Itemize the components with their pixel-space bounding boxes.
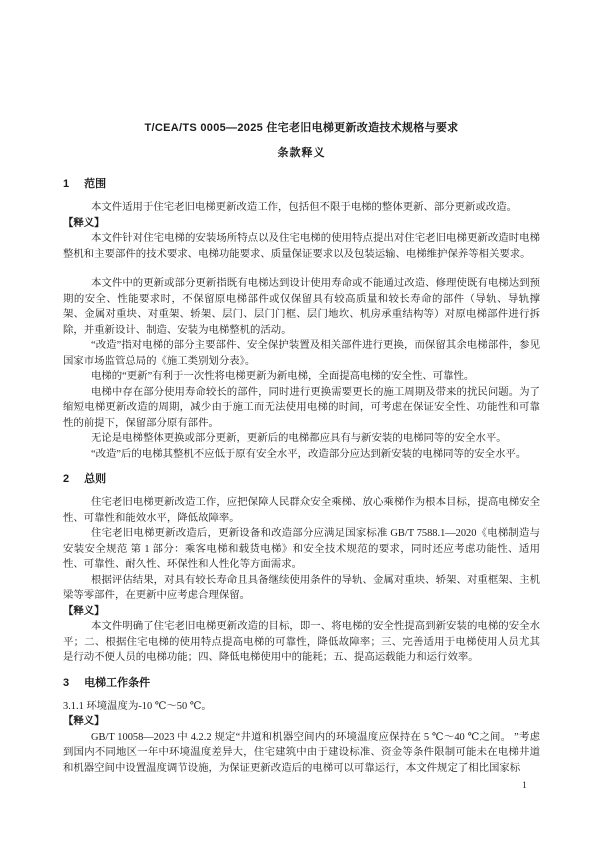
clause-text: 3.1.1 环境温度为-10 ℃～50 ℃。 bbox=[63, 699, 540, 715]
page-number: 1 bbox=[522, 780, 527, 792]
paragraph: 本文件明确了住宅老旧电梯更新改造的目标，即一、将电梯的安全性提高到新安装的电梯的… bbox=[63, 619, 540, 666]
explain-label: 【释义】 bbox=[63, 216, 540, 232]
section-title: 范围 bbox=[84, 178, 106, 190]
section-heading-scope: 1范围 bbox=[63, 177, 540, 191]
paragraph: 住宅老旧电梯更新改造后，更新设备和改造部分应满足国家标准 GB/T 7588.1… bbox=[63, 526, 540, 573]
doc-title: T/CEA/TS 0005—2025 住宅老旧电梯更新改造技术规格与要求 bbox=[63, 121, 540, 135]
section-heading-general: 2总则 bbox=[63, 472, 540, 486]
section-number: 3 bbox=[63, 676, 69, 690]
section-title: 总则 bbox=[84, 473, 106, 485]
paragraph: “改造”指对电梯的部分主要部件、安全保护装置及相关部件进行更换，而保留其余电梯部… bbox=[63, 338, 540, 369]
explain-label: 【释义】 bbox=[63, 714, 540, 730]
paragraph: 本文件中的更新或部分更新指既有电梯达到设计使用寿命或不能通过改造、修理使既有电梯… bbox=[63, 276, 540, 338]
paragraph: 本文件针对住宅电梯的安装场所特点以及住宅电梯的使用特点提出对住宅老旧电梯更新改造… bbox=[63, 231, 540, 262]
document-page: T/CEA/TS 0005—2025 住宅老旧电梯更新改造技术规格与要求 条款释… bbox=[0, 0, 600, 848]
section-general: 2总则 住宅老旧电梯更新改造工作，应把保障人民群众安全乘梯、放心乘梯作为根本目标… bbox=[63, 472, 540, 666]
paragraph: 本文件适用于住宅老旧电梯更新改造工作，包括但不限于电梯的整体更新、部分更新或改造… bbox=[63, 200, 540, 216]
section-scope: 1范围 本文件适用于住宅老旧电梯更新改造工作，包括但不限于电梯的整体更新、部分更… bbox=[63, 177, 540, 462]
paragraph: GB/T 10058—2023 中 4.2.2 规定“井道和机器空间内的环境温度… bbox=[63, 730, 540, 777]
paragraph: 住宅老旧电梯更新改造工作，应把保障人民群众安全乘梯、放心乘梯作为根本目标，提高电… bbox=[63, 495, 540, 526]
paragraph: 无论是电梯整体更换或部分更新，更新后的电梯都应具有与新安装的电梯同等的安全水平。 bbox=[63, 431, 540, 447]
paragraph: 根据评估结果，对具有较长寿命且具备继续使用条件的导轨、金属对重块、轿架、对重框架… bbox=[63, 573, 540, 604]
paragraph: 电梯中存在部分使用寿命较长的部件，同时进行更换需要更长的施工周期及带来的扰民问题… bbox=[63, 385, 540, 432]
section-number: 1 bbox=[63, 177, 69, 191]
explain-label: 【释义】 bbox=[63, 604, 540, 620]
section-number: 2 bbox=[63, 472, 69, 486]
doc-subtitle: 条款释义 bbox=[63, 146, 540, 160]
section-heading-working-conditions: 3电梯工作条件 bbox=[63, 676, 540, 690]
paragraph: “改造”后的电梯其整机不应低于原有安全水平，改造部分应达到新安装的电梯同等的安全… bbox=[63, 447, 540, 463]
section-working-conditions: 3电梯工作条件 3.1.1 环境温度为-10 ℃～50 ℃。 【释义】 GB/T… bbox=[63, 676, 540, 777]
paragraph: 电梯的“更新”有利于一次性将电梯更新为新电梯，全面提高电梯的安全性、可靠性。 bbox=[63, 369, 540, 385]
section-title: 电梯工作条件 bbox=[84, 677, 150, 689]
